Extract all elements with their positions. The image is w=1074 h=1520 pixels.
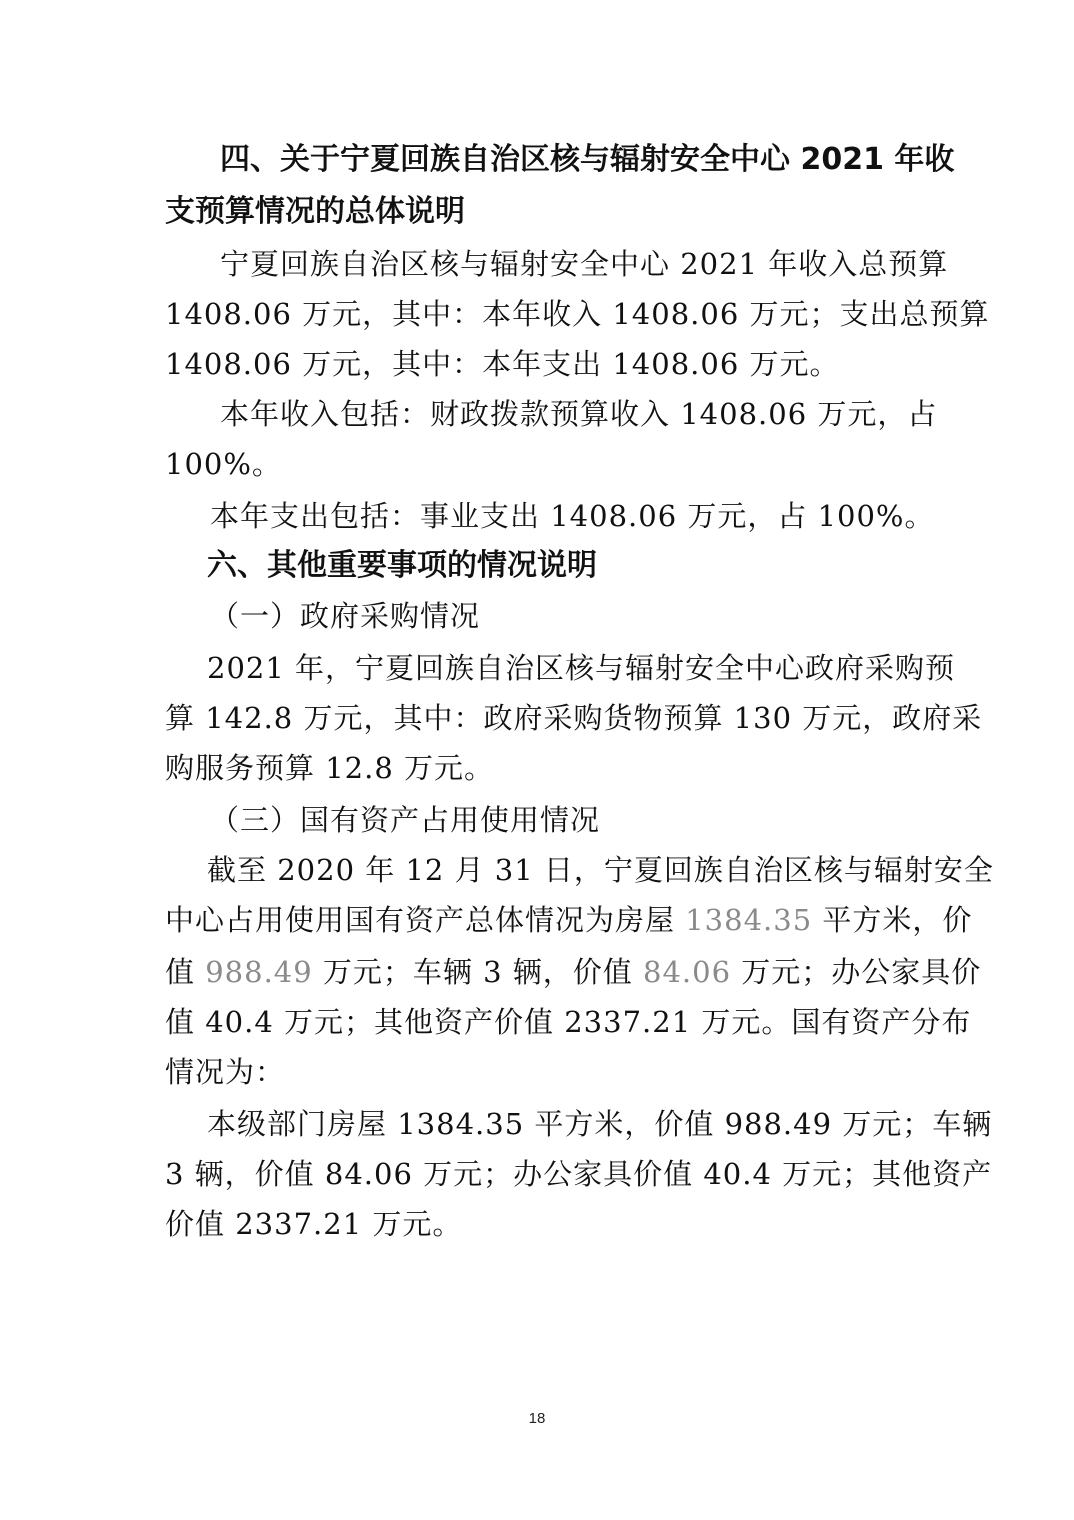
section6-sub3-p1-line4: 值 40.4 万元；其他资产价值 2337.21 万元。国有资产分布 bbox=[165, 1004, 971, 1040]
section6-sub1-line3: 购服务预算 12.8 万元。 bbox=[165, 750, 494, 786]
house-value: 988.49 bbox=[205, 955, 312, 989]
section4-para2-line2: 100%。 bbox=[165, 446, 282, 482]
section4-para1-line3: 1408.06 万元，其中：本年支出 1408.06 万元。 bbox=[165, 346, 840, 382]
section6-sub3-p1-line2: 中心占用使用国有资产总体情况为房屋 1384.35 平方米，价 bbox=[165, 902, 972, 938]
p1-line3-text-a: 值 bbox=[165, 955, 205, 989]
section4-para3-line1: 本年支出包括：事业支出 1408.06 万元，占 100%。 bbox=[210, 498, 935, 534]
section6-sub3-heading: （三）国有资产占用使用情况 bbox=[210, 802, 600, 838]
p1-line3-text-c: 万元；办公家具价 bbox=[731, 955, 981, 989]
document-page: 四、关于宁夏回族自治区核与辐射安全中心 2021 年收 支预算情况的总体说明 宁… bbox=[0, 0, 1074, 1520]
section6-sub1-line2: 算 142.8 万元，其中：政府采购货物预算 130 万元，政府采 bbox=[165, 700, 982, 736]
p1-line3-text-b: 万元；车辆 3 辆，价值 bbox=[313, 955, 643, 989]
section4-heading-line2: 支预算情况的总体说明 bbox=[165, 194, 465, 230]
house-area-value: 1384.35 bbox=[685, 903, 812, 937]
section6-sub3-p1-line1: 截至 2020 年 12 月 31 日，宁夏回族自治区核与辐射安全 bbox=[207, 852, 994, 888]
section6-sub1-line1: 2021 年，宁夏回族自治区核与辐射安全中心政府采购预 bbox=[207, 650, 955, 686]
section4-heading-line1: 四、关于宁夏回族自治区核与辐射安全中心 2021 年收 bbox=[220, 142, 954, 178]
p1-line2-text-a: 中心占用使用国有资产总体情况为房屋 bbox=[165, 903, 685, 937]
section6-sub1-heading: （一）政府采购情况 bbox=[210, 598, 480, 634]
section6-sub3-p2-line3: 价值 2337.21 万元。 bbox=[165, 1206, 462, 1242]
section4-para1-line1: 宁夏回族自治区核与辐射安全中心 2021 年收入总预算 bbox=[220, 246, 948, 282]
section4-para1-line2: 1408.06 万元，其中：本年收入 1408.06 万元；支出总预算 bbox=[165, 296, 990, 332]
section6-heading: 六、其他重要事项的情况说明 bbox=[207, 548, 597, 584]
section4-para2-line1: 本年收入包括：财政拨款预算收入 1408.06 万元，占 bbox=[220, 396, 937, 432]
page-number: 18 bbox=[0, 1410, 1074, 1427]
section6-sub3-p1-line3: 值 988.49 万元；车辆 3 辆，价值 84.06 万元；办公家具价 bbox=[165, 954, 981, 990]
vehicle-value: 84.06 bbox=[643, 955, 731, 989]
section6-sub3-p1-line5: 情况为： bbox=[165, 1054, 285, 1090]
section6-sub3-p2-line1: 本级部门房屋 1384.35 平方米，价值 988.49 万元；车辆 bbox=[207, 1106, 992, 1142]
section6-sub3-p2-line2: 3 辆，价值 84.06 万元；办公家具价值 40.4 万元；其他资产 bbox=[165, 1156, 992, 1192]
p1-line2-text-b: 平方米，价 bbox=[812, 903, 972, 937]
